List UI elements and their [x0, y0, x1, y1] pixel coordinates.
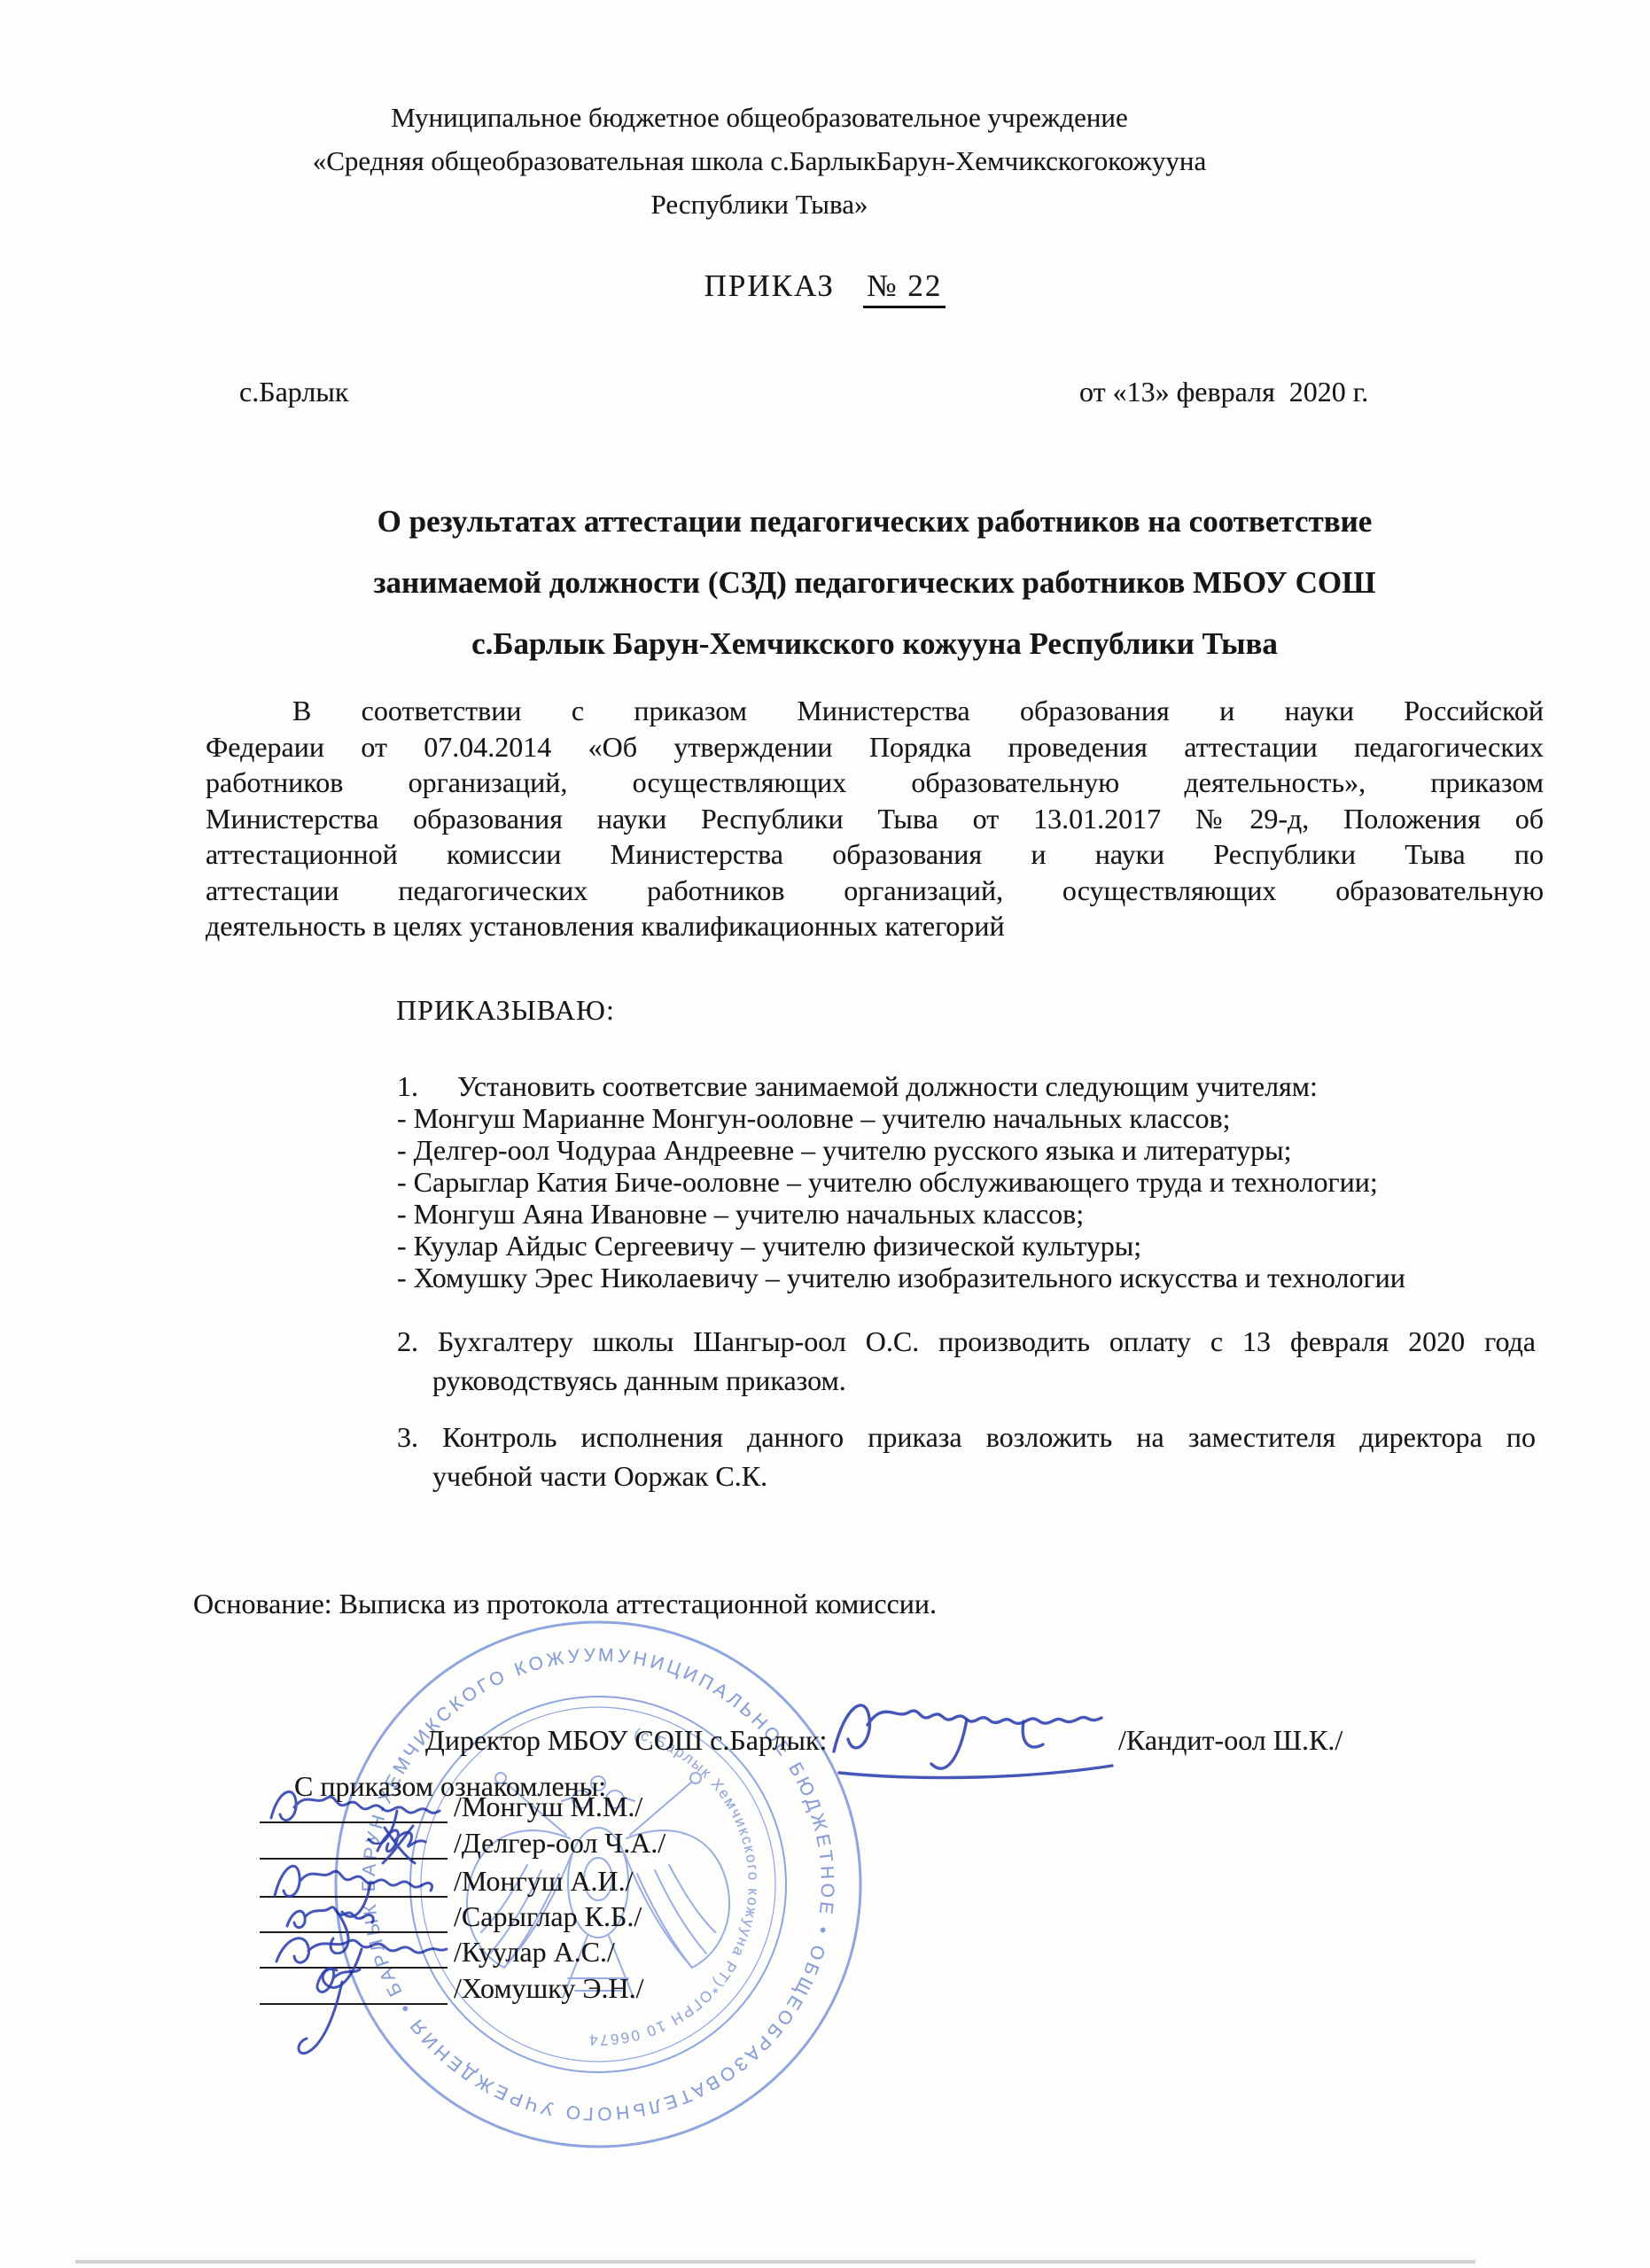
scan-artifact-bottom-edge — [75, 2260, 1475, 2264]
signature-line — [260, 2003, 448, 2005]
signature-line — [260, 1967, 448, 1969]
place-label: с.Барлык — [239, 376, 348, 408]
letterhead-line: Муниципальное бюджетное общеобразователь… — [206, 96, 1313, 139]
teacher-list-item: - Хомушку Эрес Николаевичу – учителю изо… — [397, 1262, 1562, 1293]
order-title: ПРИКАЗ № 22 — [0, 268, 1650, 304]
subject-line: занимаемой должности (СЗД) педагогически… — [206, 552, 1544, 613]
order-item-2-line: 2. Бухгалтеру школы Шангыр-оол О.С. прои… — [397, 1322, 1536, 1361]
order-number: № 22 — [863, 268, 946, 308]
letterhead: Муниципальное бюджетное общеобразователь… — [206, 96, 1313, 226]
signature-line — [260, 1931, 448, 1933]
preamble-line: аттестационной комиссии Министерства обр… — [206, 836, 1544, 873]
signature-line — [260, 1858, 448, 1860]
preamble-line: В соответствии с приказом Министерства о… — [206, 693, 1544, 729]
subject-title: О результатах аттестации педагогических … — [206, 491, 1544, 674]
order-item-2: 2. Бухгалтеру школы Шангыр-оол О.С. прои… — [397, 1322, 1536, 1400]
order-item-1-header: 1.Установить соответсвие занимаемой долж… — [397, 1070, 1562, 1102]
preamble-line: работников организаций, осуществляющих о… — [206, 765, 1544, 801]
order-item-1: 1.Установить соответсвие занимаемой долж… — [397, 1070, 1562, 1293]
item-number: 1. — [397, 1070, 418, 1102]
resolution-word: ПРИКАЗЫВАЮ: — [396, 994, 615, 1027]
teacher-list-item: - Сарыглар Катия Биче-ооловне – учителю … — [397, 1166, 1562, 1198]
signature-line — [260, 1821, 448, 1823]
scanned-order-document: Муниципальное бюджетное общеобразователь… — [0, 0, 1650, 2268]
date-label: от «13» февраля 2020 г. — [1079, 376, 1368, 408]
subject-line: с.Барлык Барун-Хемчикского кожууна Респу… — [206, 613, 1544, 674]
signatory-name: /Делгер-оол Ч.А./ — [454, 1827, 665, 1860]
signatory-name: /Сарыглар К.Б./ — [454, 1900, 642, 1933]
preamble-line: аттестации педагогических работников орг… — [206, 873, 1544, 909]
order-item-3: 3. Контроль исполнения данного приказа в… — [397, 1417, 1536, 1495]
signatory-name: /Куулар А.С./ — [454, 1936, 615, 1969]
basis-line: Основание: Выписка из протокола аттестац… — [193, 1588, 937, 1620]
signature-line — [260, 1896, 448, 1898]
letterhead-line: Республики Тыва» — [206, 183, 1313, 226]
signature-autograph — [264, 1910, 477, 1990]
teacher-list-item: - Куулар Айдыс Сергеевичу – учителю физи… — [397, 1230, 1562, 1262]
order-item-2-line: руководствуясь данным приказом. — [397, 1361, 1536, 1400]
teacher-list-item: - Монгуш Марианне Монгун-ооловне – учите… — [397, 1102, 1562, 1134]
item-text: Установить соответсвие занимаемой должно… — [457, 1070, 1318, 1102]
signatory-name: /Монгуш М.М./ — [454, 1790, 642, 1823]
order-item-3-line: 3. Контроль исполнения данного приказа в… — [397, 1417, 1536, 1456]
director-signature-autograph — [820, 1670, 1125, 1794]
order-word: ПРИКАЗ — [704, 268, 835, 303]
preamble-line: деятельность в целях установления квалиф… — [206, 908, 1544, 944]
signatory-name: /Монгуш А.И./ — [454, 1865, 634, 1898]
subject-line: О результатах аттестации педагогических … — [206, 491, 1544, 552]
director-name: /Кандит-оол Ш.К./ — [1118, 1724, 1343, 1757]
teacher-list-item: - Монгуш Аяна Ивановне – учителю начальн… — [397, 1198, 1562, 1230]
teacher-list-item: - Делгер-оол Чодураа Андреевне – учителю… — [397, 1134, 1562, 1166]
letterhead-line: «Средняя общеобразовательная школа с.Бар… — [206, 139, 1313, 183]
signature-autograph — [264, 1875, 477, 1954]
order-item-3-line: учебной части Ооржак С.К. — [397, 1456, 1536, 1495]
signature-autograph — [264, 1801, 477, 1881]
preamble-paragraph: В соответствии с приказом Министерства о… — [206, 693, 1544, 944]
preamble-line: Федераии от 07.04.2014 «Об утверждении П… — [206, 729, 1544, 765]
signatory-name: /Хомушку Э.Н./ — [454, 1972, 643, 2005]
preamble-line: Министерства образования науки Республик… — [206, 801, 1544, 837]
signature-autograph — [264, 1839, 477, 1919]
director-label: Директор МБОУ СОШ с.Барлык: — [425, 1724, 827, 1757]
